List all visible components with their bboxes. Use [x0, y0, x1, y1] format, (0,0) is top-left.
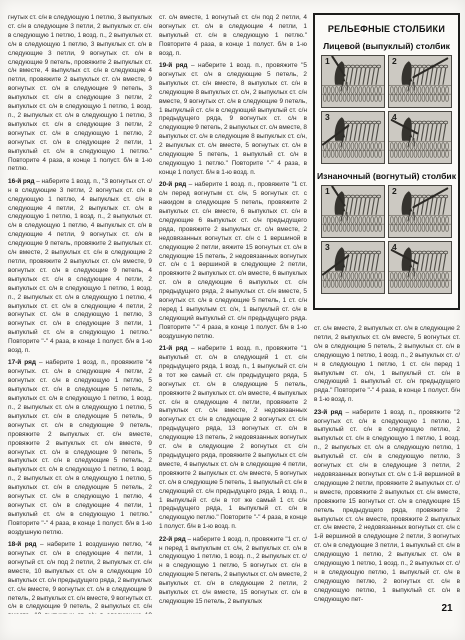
- crochet-illustration: [389, 112, 451, 163]
- pattern-paragraph: 16-й ряд – наберите 1 возд. п., "3 вогну…: [8, 178, 152, 356]
- stitch-diagram-panel: 4: [388, 111, 452, 164]
- stitch-diagram-grid: 1234: [315, 185, 458, 294]
- crochet-illustration: [322, 186, 384, 237]
- stitch-diagram-panel: 4: [388, 241, 452, 294]
- crochet-illustration: [322, 242, 384, 293]
- text-column-middle: ст. с/н вместе, 1 вогнутый ст. с/н под 2…: [159, 14, 307, 614]
- text-column-right: ст. с/н вместе, 2 выпуклых ст. с/н в сле…: [314, 325, 460, 609]
- pattern-paragraph: 20-й ряд – наберите 1 возд. п., провяжит…: [159, 181, 307, 341]
- book-page: гнутых ст. с/н в следующую 1 петлю, 3 вы…: [0, 0, 465, 640]
- stitch-diagram-panel: 1: [321, 55, 385, 108]
- pattern-paragraph: 18-й ряд – наберите 1 воздушную петлю, "…: [8, 541, 152, 614]
- pattern-paragraph: 22-й ряд – наберите 1 возд. п, провяжите…: [159, 536, 307, 607]
- stitch-diagram-grid: 1234: [315, 55, 458, 164]
- relief-stitches-sidebar: РЕЛЬЕФНЫЕ СТОЛБИКИ Лицевой (выпуклый) ст…: [313, 13, 460, 310]
- row-label: 16-й ряд: [8, 178, 35, 185]
- stitch-section-title: Лицевой (выпуклый) столбик: [315, 41, 458, 51]
- crochet-illustration: [389, 242, 451, 293]
- row-label: 19-й ряд: [159, 62, 187, 69]
- crochet-illustration: [322, 56, 384, 107]
- panel-number: 2: [392, 56, 397, 66]
- row-label: 18-й ряд: [8, 541, 36, 548]
- panel-number: 4: [392, 112, 397, 122]
- crochet-illustration: [389, 186, 451, 237]
- row-label: 17-й ряд: [8, 359, 36, 366]
- row-label: 20-й ряд: [159, 181, 186, 188]
- row-label: 22-й ряд: [159, 536, 186, 543]
- page-number: 21: [434, 603, 460, 614]
- pattern-paragraph: 19-й ряд – наберите 1 возд. п., провяжит…: [159, 62, 307, 178]
- crochet-illustration: [389, 56, 451, 107]
- stitch-diagram-panel: 2: [388, 55, 452, 108]
- stitch-diagram-panel: 3: [321, 241, 385, 294]
- pattern-paragraph: гнутых ст. с/н в следующую 1 петлю, 3 вы…: [8, 14, 152, 174]
- panel-number: 1: [325, 186, 330, 196]
- pattern-paragraph: 23-й ряд – наберите 1 возд. п., провяжит…: [314, 409, 460, 605]
- row-label: 21-й ряд: [159, 345, 187, 352]
- sidebar-sections: Лицевой (выпуклый) столбик1234Изнаночный…: [315, 41, 458, 294]
- panel-number: 3: [325, 112, 330, 122]
- row-label: 23-й ряд: [314, 409, 342, 416]
- stitch-diagram-panel: 2: [388, 185, 452, 238]
- pattern-paragraph: ст. с/н вместе, 2 выпуклых ст. с/н в сле…: [314, 325, 460, 405]
- stitch-diagram-panel: 3: [321, 111, 385, 164]
- text-column-left: гнутых ст. с/н в следующую 1 петлю, 3 вы…: [8, 14, 152, 614]
- panel-number: 3: [325, 242, 330, 252]
- pattern-paragraph: 17-й ряд – наберите 1 возд. п., провяжит…: [8, 359, 152, 537]
- pattern-paragraph: 21-й ряд – наберите 1 возд. п., провяжит…: [159, 345, 307, 532]
- sidebar-title: РЕЛЬЕФНЫЕ СТОЛБИКИ: [315, 24, 458, 34]
- stitch-diagram-panel: 1: [321, 185, 385, 238]
- crochet-illustration: [322, 112, 384, 163]
- stitch-section-title: Изнаночный (вогнутый) столбик: [315, 171, 458, 181]
- panel-number: 4: [392, 242, 397, 252]
- panel-number: 2: [392, 186, 397, 196]
- pattern-paragraph: ст. с/н вместе, 1 вогнутый ст. с/н под 2…: [159, 14, 307, 59]
- panel-number: 1: [325, 56, 330, 66]
